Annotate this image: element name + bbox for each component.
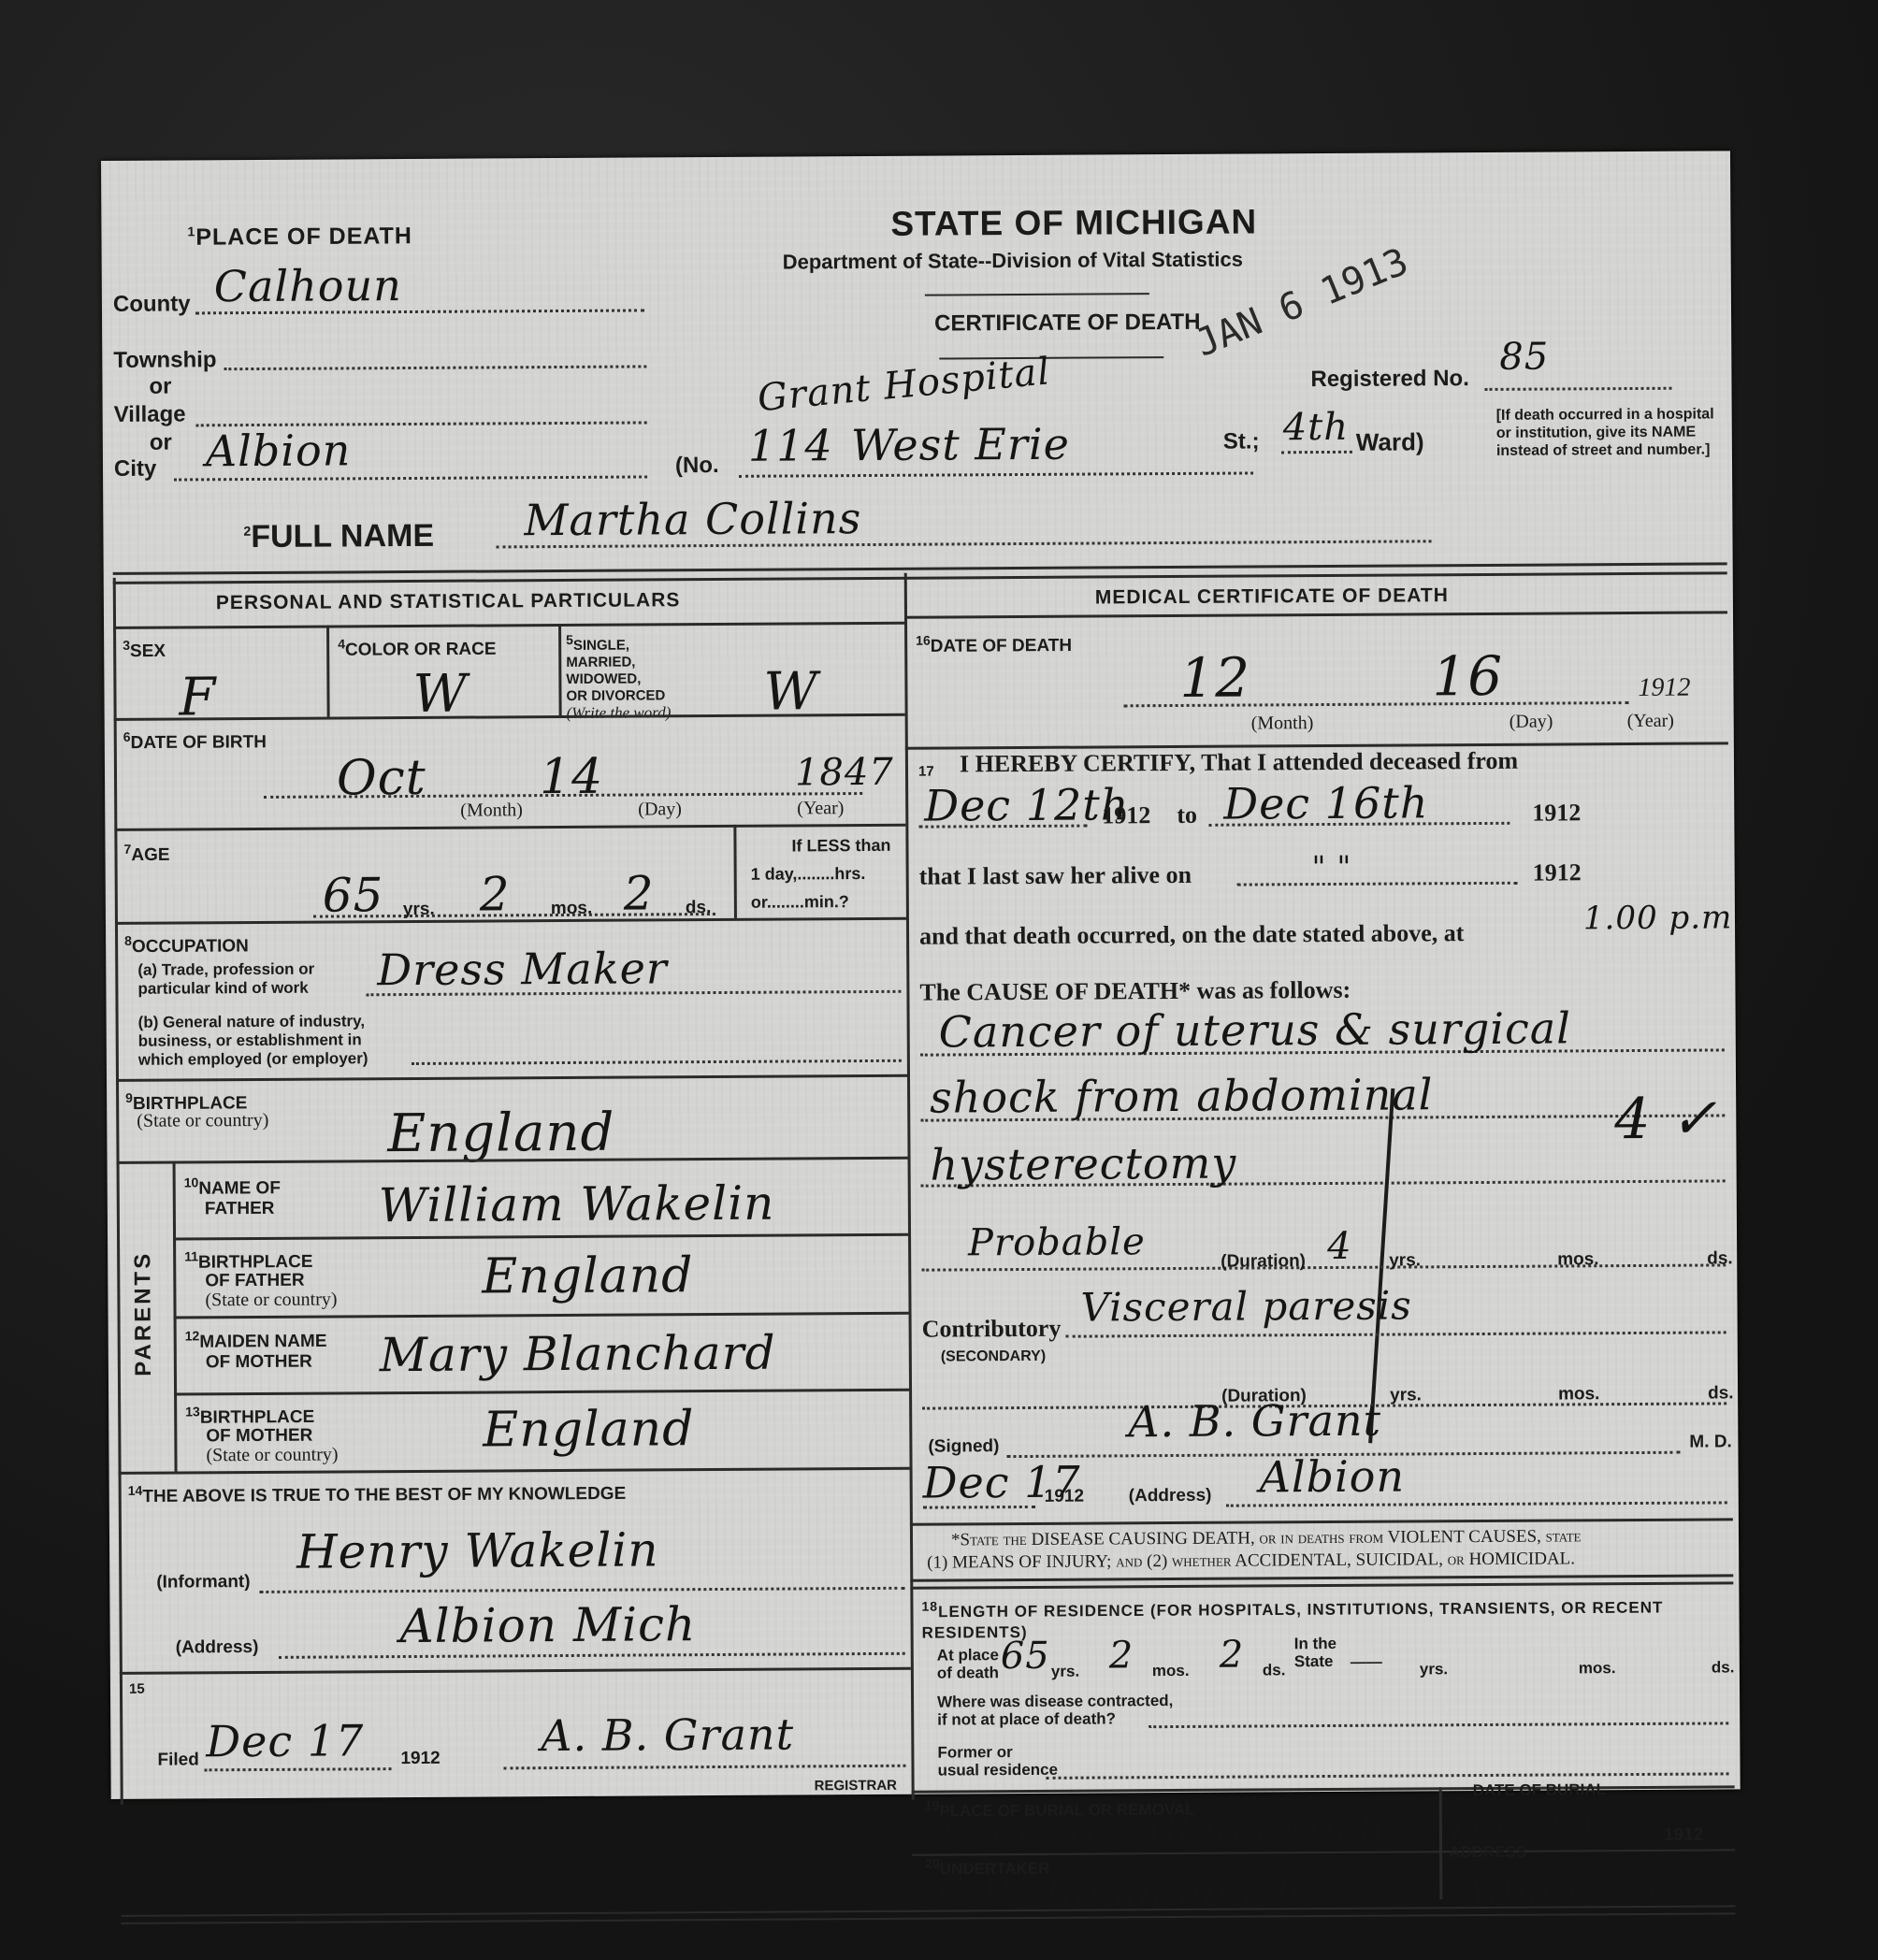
time-of-death: 1.00 p.m.	[1583, 899, 1743, 937]
cause-line-2: shock from abdominal	[930, 1069, 1434, 1122]
contributory-label: Contributory	[922, 1315, 1062, 1344]
age-label: 7AGE	[123, 842, 169, 867]
department-name: Department of State--Division of Vital S…	[783, 248, 1243, 275]
full-name-label: 2FULL NAME	[243, 518, 434, 555]
registrar-label: REGISTRAR	[815, 1778, 897, 1794]
parents-label: PARENTS	[130, 1251, 157, 1376]
father-name-value: William Wakelin	[379, 1176, 775, 1233]
less-than-day-note: If LESS than 1 day,........hrs. or......…	[750, 831, 891, 916]
age-days: 2	[624, 866, 655, 920]
death-day: 16	[1432, 644, 1503, 708]
institution-name: Grant Hospital	[756, 350, 1052, 420]
st-label: St.;	[1223, 428, 1260, 454]
contributory-value: Visceral paresis	[1080, 1282, 1412, 1330]
burial-place: Riverside Albion Mich	[925, 1809, 1385, 1857]
father-name-label: 10NAME OF FATHER	[184, 1172, 281, 1220]
mother-birthplace-label: 13BIRTHPLACE OF MOTHER (State or country…	[185, 1401, 338, 1464]
death-year: 1912	[1638, 673, 1690, 703]
personal-section-title: PERSONAL AND STATISTICAL PARTICULARS	[216, 589, 681, 614]
informant-name: Henry Wakelin	[296, 1522, 659, 1578]
residence-months: 2	[1109, 1634, 1134, 1677]
informant-statement: 14THE ABOVE IS TRUE TO THE BEST OF MY KN…	[128, 1480, 627, 1508]
mother-maiden-label: 12MAIDEN NAME OF MOTHER	[185, 1325, 327, 1374]
death-certificate: 1PLACE OF DEATH STATE OF MICHIGAN Depart…	[101, 151, 1741, 1799]
burial-year: 1912	[1664, 1825, 1703, 1846]
time-of-death-label: and that death occurred, on the date sta…	[919, 919, 1465, 951]
certify-statement: I HEREBY CERTIFY, That I attended deceas…	[960, 747, 1518, 779]
last-saw-label: that I last saw her alive on	[919, 861, 1192, 891]
city-label: City	[114, 456, 157, 483]
county-value: Calhoun	[214, 260, 402, 311]
ward-label: Ward)	[1356, 427, 1424, 456]
father-birthplace-label: 11BIRTHPLACE OF FATHER (State or country…	[184, 1246, 337, 1309]
mother-birthplace-value: England	[483, 1401, 695, 1458]
birth-day: 14	[540, 749, 604, 805]
filed-year: 1912	[400, 1749, 440, 1769]
registrar-signature: A. B. Grant	[541, 1709, 794, 1762]
attended-to: Dec 16th	[1223, 777, 1428, 829]
mother-maiden-value: Mary Blanchard	[380, 1326, 776, 1383]
divider	[925, 293, 1149, 295]
occupation-trade: Dress Maker	[377, 943, 668, 995]
physician-signature: A. B. Grant	[1128, 1395, 1381, 1448]
birthplace-value: England	[387, 1102, 614, 1164]
street-number: 114	[748, 420, 833, 471]
township-label: Township	[113, 347, 216, 374]
marital-label: 5SINGLE, MARRIED, WIDOWED, OR DIVORCED (…	[566, 630, 671, 722]
cause-duration-years: 4	[1327, 1225, 1352, 1268]
undertaker-address-label: ADDRESS	[1449, 1843, 1526, 1863]
death-date-label: 16DATE OF DEATH	[916, 632, 1072, 657]
occupation-label: 8OCCUPATION	[124, 932, 249, 958]
hospital-note: [If death occurred in a hospital or inst…	[1496, 405, 1726, 459]
street-name: West Erie	[851, 419, 1070, 470]
burial-date-label: DATE OF BURIAL	[1473, 1780, 1606, 1800]
medical-section-title: MEDICAL CERTIFICATE OF DEATH	[1095, 584, 1449, 609]
sex-label: 3SEX	[123, 638, 166, 663]
ward-value: 4th	[1283, 406, 1350, 449]
full-name-value: Martha Collins	[524, 493, 861, 545]
city-value: Albion	[206, 425, 352, 476]
physician-address: Albion	[1259, 1451, 1405, 1503]
divider	[113, 571, 1727, 584]
father-birthplace-value: England	[482, 1247, 694, 1304]
filed-date: Dec 17	[206, 1715, 364, 1766]
residence-years: 65	[1001, 1635, 1050, 1678]
registered-no-value: 85	[1499, 336, 1549, 379]
age-months: 2	[480, 867, 511, 921]
residence-days: 2	[1220, 1634, 1245, 1677]
certificate-title: CERTIFICATE OF DEATH	[934, 310, 1201, 338]
village-label: Village	[114, 401, 186, 427]
left-border	[113, 578, 123, 1805]
birth-year: 1847	[795, 751, 894, 795]
street-no-label: (No.	[675, 453, 719, 479]
informant-address: Albion Mich	[399, 1597, 696, 1653]
birth-date-label: 6DATE OF BIRTH	[123, 728, 267, 754]
attended-from: Dec 12th	[924, 779, 1129, 830]
registered-no-label: Registered No.	[1310, 366, 1469, 393]
footnote-line-1: *State the DISEASE CAUSING DEATH, or in …	[951, 1526, 1582, 1550]
county-label: County	[113, 291, 191, 318]
last-saw-date: " "	[1312, 849, 1352, 885]
place-of-death-label: 1PLACE OF DEATH	[187, 223, 412, 252]
footnote-line-2: (1) MEANS OF INJURY; and (2) whether ACC…	[927, 1549, 1575, 1573]
race-label: 4COLOR OR RACE	[338, 635, 496, 660]
birth-month: Oct	[337, 750, 426, 807]
column-divider	[904, 573, 915, 1800]
probable-note: Probable	[968, 1220, 1146, 1264]
filed-label: Filed	[157, 1750, 198, 1770]
cause-line-3: hysterectomy	[930, 1138, 1236, 1190]
age-years: 65	[323, 868, 384, 922]
margin-check-mark: 4 ✓	[1614, 1086, 1718, 1152]
death-month: 12	[1179, 646, 1250, 710]
cause-line-1: Cancer of uterus & surgical	[939, 1002, 1572, 1057]
cause-label: The CAUSE OF DEATH* was as follows:	[919, 976, 1351, 1007]
state-title: STATE OF MICHIGAN	[890, 202, 1257, 243]
